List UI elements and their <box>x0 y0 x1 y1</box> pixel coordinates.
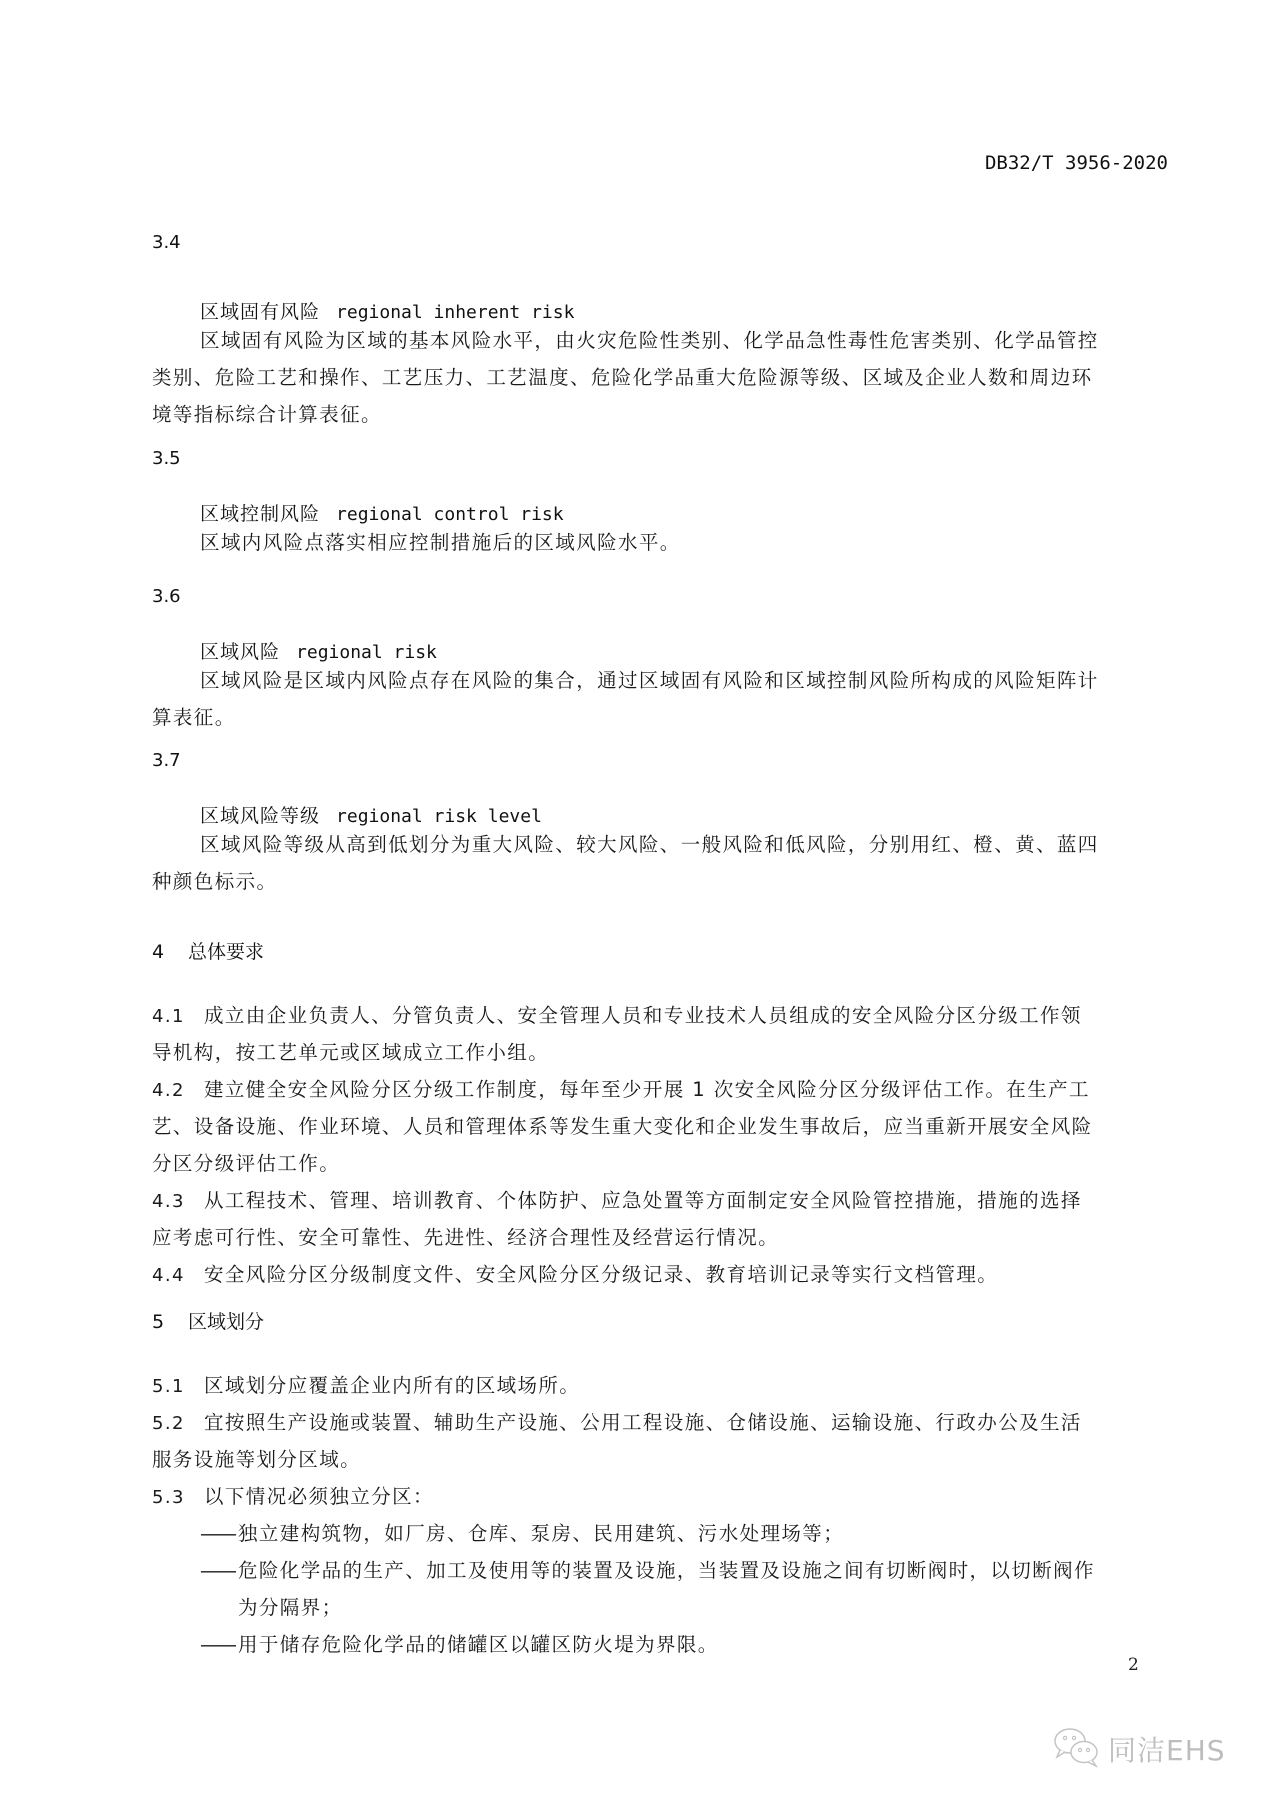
standard-code: DB32/T 3956-2020 <box>985 152 1168 174</box>
clause-text: 从工程技术、管理、培训教育、个体防护、应急处置等方面制定安全风险管控措施，措施的… <box>204 1189 1082 1212</box>
term-number: 3.4 <box>152 232 181 253</box>
wechat-icon <box>1052 1725 1102 1773</box>
clause-text: 成立由企业负责人、分管负责人、安全管理人员和专业技术人员组成的安全风险分区分级工… <box>204 1004 1082 1027</box>
term-title: 区域风险regional risk <box>200 637 437 664</box>
term-definition-line: 种颜色标示。 <box>152 863 277 900</box>
dash-marker: —— <box>200 1626 238 1663</box>
clause-number: 4.1 <box>152 998 204 1035</box>
term-title: 区域风险等级regional risk level <box>200 801 542 828</box>
term-title: 区域控制风险regional control risk <box>200 499 564 526</box>
document-page: DB32/T 3956-2020 3.4 区域固有风险regional inhe… <box>0 0 1280 1810</box>
clause-text: 宜按照生产设施或装置、辅助生产设施、公用工程设施、仓储设施、运输设施、行政办公及… <box>204 1411 1082 1434</box>
list-item-text: 危险化学品的生产、加工及使用等的装置及设施，当装置及设施之间有切断阀时，以切断阀… <box>238 1559 1095 1582</box>
term-definition-line: 区域内风险点落实相应控制措施后的区域风险水平。 <box>200 524 681 561</box>
clause-line: 5.2宜按照生产设施或装置、辅助生产设施、公用工程设施、仓储设施、运输设施、行政… <box>152 1404 1082 1442</box>
clause-number: 5.1 <box>152 1368 204 1405</box>
term-number: 3.6 <box>152 586 181 607</box>
term-en: regional control risk <box>336 504 564 525</box>
clause-line: 5.3以下情况必须独立分区： <box>152 1478 434 1516</box>
term-en: regional risk <box>296 642 437 663</box>
term-number: 3.5 <box>152 448 181 469</box>
clause-line: 导机构，按工艺单元或区域成立工作小组。 <box>152 1034 549 1071</box>
term-definition-line: 算表征。 <box>152 699 236 736</box>
term-number: 3.7 <box>152 750 181 771</box>
clause-line: 艺、设备设施、作业环境、人员和管理体系等发生重大变化和企业发生事故后，应当重新开… <box>152 1108 1093 1145</box>
term-zh: 区域固有风险 <box>200 301 320 323</box>
dash-marker: —— <box>200 1515 238 1552</box>
section-heading: 4总体要求 <box>152 937 264 964</box>
clause-line: 4.1成立由企业负责人、分管负责人、安全管理人员和专业技术人员组成的安全风险分区… <box>152 997 1082 1035</box>
list-item: ——用于储存危险化学品的储罐区以罐区防火堤为界限。 <box>200 1626 719 1663</box>
clause-number: 4.4 <box>152 1257 204 1294</box>
clause-line: 服务设施等划分区域。 <box>152 1441 361 1478</box>
clause-text: 建立健全安全风险分区分级工作制度，每年至少开展 1 次安全风险分区分级评估工作。… <box>204 1078 1090 1101</box>
term-definition-line: 区域风险是区域内风险点存在风险的集合，通过区域固有风险和区域控制风险所构成的风险… <box>200 662 1099 699</box>
list-item-continuation: 为分隔界； <box>238 1589 343 1626</box>
section-number: 4 <box>152 941 188 963</box>
section-title: 区域划分 <box>188 1311 264 1333</box>
clause-number: 4.3 <box>152 1183 204 1220</box>
term-definition-line: 境等指标综合计算表征。 <box>152 396 382 433</box>
term-zh: 区域风险等级 <box>200 805 320 827</box>
section-number: 5 <box>152 1311 188 1333</box>
dash-marker: —— <box>200 1552 238 1589</box>
term-title: 区域固有风险regional inherent risk <box>200 297 574 324</box>
clause-line: 4.2建立健全安全风险分区分级工作制度，每年至少开展 1 次安全风险分区分级评估… <box>152 1071 1090 1109</box>
section-title: 总体要求 <box>188 941 264 963</box>
term-zh: 区域控制风险 <box>200 503 320 525</box>
clause-number: 4.2 <box>152 1072 204 1109</box>
section-heading: 5区域划分 <box>152 1307 264 1334</box>
clause-line: 应考虑可行性、安全可靠性、先进性、经济合理性及经营运行情况。 <box>152 1219 779 1256</box>
term-zh: 区域风险 <box>200 641 280 663</box>
clause-number: 5.2 <box>152 1405 204 1442</box>
clause-text: 安全风险分区分级制度文件、安全风险分区分级记录、教育培训记录等实行文档管理。 <box>204 1263 998 1286</box>
list-item-text: 独立建构筑物，如厂房、仓库、泵房、民用建筑、污水处理场等； <box>238 1522 844 1545</box>
clause-line: 4.4安全风险分区分级制度文件、安全风险分区分级记录、教育培训记录等实行文档管理… <box>152 1256 998 1294</box>
term-en: regional inherent risk <box>336 302 574 323</box>
watermark-text: 同洁EHS <box>1108 1729 1226 1769</box>
clause-line: 4.3从工程技术、管理、培训教育、个体防护、应急处置等方面制定安全风险管控措施，… <box>152 1182 1082 1220</box>
clause-line: 5.1区域划分应覆盖企业内所有的区域场所。 <box>152 1367 580 1405</box>
clause-text: 区域划分应覆盖企业内所有的区域场所。 <box>204 1374 580 1397</box>
list-item: ——危险化学品的生产、加工及使用等的装置及设施，当装置及设施之间有切断阀时，以切… <box>200 1552 1095 1589</box>
list-item: ——独立建构筑物，如厂房、仓库、泵房、民用建筑、污水处理场等； <box>200 1515 844 1552</box>
term-en: regional risk level <box>336 806 542 827</box>
page-number: 2 <box>1128 1655 1139 1675</box>
list-item-text: 用于储存危险化学品的储罐区以罐区防火堤为界限。 <box>238 1633 719 1656</box>
term-definition-line: 区域风险等级从高到低划分为重大风险、较大风险、一般风险和低风险，分别用红、橙、黄… <box>200 826 1099 863</box>
clause-number: 5.3 <box>152 1479 204 1516</box>
watermark: 同洁EHS <box>1052 1725 1226 1773</box>
term-definition-line: 区域固有风险为区域的基本风险水平，由火灾危险性类别、化学品急性毒性危害类别、化学… <box>200 322 1099 359</box>
clause-line: 分区分级评估工作。 <box>152 1145 340 1182</box>
term-definition-line: 类别、危险工艺和操作、工艺压力、工艺温度、危险化学品重大危险源等级、区域及企业人… <box>152 359 1093 396</box>
clause-text: 以下情况必须独立分区： <box>204 1485 434 1508</box>
